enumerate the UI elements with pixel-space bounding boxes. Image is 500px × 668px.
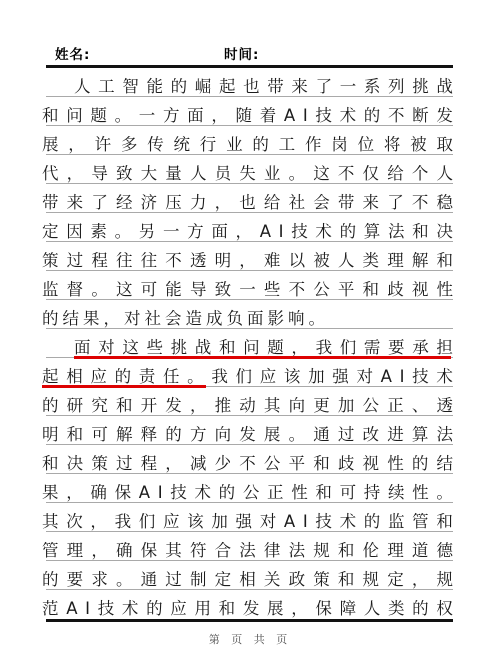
text-line: 策过程往往不透明，难以被人类理解和 (46, 242, 453, 271)
text-line: 面对这些挑战和问题，我们需要承担 (46, 329, 453, 358)
red-underline (74, 356, 451, 359)
text-line: 带来了经济压力，也给社会带来了不稳 (46, 184, 453, 213)
text-line-content: 人工智能的崛起也带来了一系列挑战 (42, 79, 453, 96)
text-line-content: 果，确保AI技术的公正性和可持续性。 (42, 485, 453, 502)
text-line-content: 带来了经济压力，也给社会带来了不稳 (42, 195, 453, 212)
text-line: 范AI技术的应用和发展，保障人类的权 (46, 590, 453, 619)
text-line: 代，导致大量人员失业。这不仅给个人 (46, 155, 453, 184)
red-underline (42, 385, 206, 388)
text-line: 的结果，对社会造成负面影响。 (46, 300, 453, 329)
text-line-content: 其次，我们应该加强对AI技术的监管和 (42, 514, 453, 531)
text-line: 的要求。通过制定相关政策和规定，规 (46, 561, 453, 590)
text-line: 果，确保AI技术的公正性和可持续性。 (46, 474, 453, 503)
text-line: 人工智能的崛起也带来了一系列挑战 (46, 68, 453, 97)
text-line: 管理，确保其符合法律法规和伦理道德 (46, 532, 453, 561)
text-line: 定因素。另一方面，AI技术的算法和决 (46, 213, 453, 242)
text-line: 明和可解释的方向发展。通过改进算法 (46, 416, 453, 445)
text-line-content: 代，导致大量人员失业。这不仅给个人 (42, 166, 453, 183)
page-number-footer: 第 页 共 页 (0, 631, 500, 647)
worksheet-page: 姓名: 时间: 人工智能的崛起也带来了一系列挑战和问题。一方面，随着AI技术的不… (0, 0, 500, 668)
text-line-content: 和问题。一方面，随着AI技术的不断发 (42, 108, 453, 125)
text-line-content: 的结果，对社会造成负面影响。 (42, 311, 453, 328)
text-line: 起相应的责任。我们应该加强对AI技术 (46, 358, 453, 387)
text-line-content: 和决策过程，减少不公平和歧视性的结 (42, 456, 453, 473)
text-line-content: 定因素。另一方面，AI技术的算法和决 (42, 224, 453, 241)
text-line: 监督。这可能导致一些不公平和歧视性 (46, 271, 453, 300)
text-line-content: 监督。这可能导致一些不公平和歧视性 (42, 282, 453, 299)
footer-divider-line (46, 619, 453, 622)
name-label: 姓名: (55, 43, 90, 63)
text-line-content: 的研究和开发，推动其向更加公正、透 (42, 398, 453, 415)
text-line-content: 明和可解释的方向发展。通过改进算法 (42, 427, 453, 444)
text-line-content: 范AI技术的应用和发展，保障人类的权 (42, 601, 453, 618)
text-line-content: 管理，确保其符合法律法规和伦理道德 (42, 543, 453, 560)
text-line: 展，许多传统行业的工作岗位将被取 (46, 126, 453, 155)
text-line: 其次，我们应该加强对AI技术的监管和 (46, 503, 453, 532)
text-line-content: 起相应的责任。我们应该加强对AI技术 (42, 369, 453, 386)
time-label: 时间: (224, 43, 259, 63)
text-line: 和决策过程，减少不公平和歧视性的结 (46, 445, 453, 474)
text-line-content: 展，许多传统行业的工作岗位将被取 (42, 137, 453, 154)
text-line: 和问题。一方面，随着AI技术的不断发 (46, 97, 453, 126)
text-line-content: 面对这些挑战和问题，我们需要承担 (42, 340, 453, 357)
essay-body: 人工智能的崛起也带来了一系列挑战和问题。一方面，随着AI技术的不断发展，许多传统… (46, 68, 453, 619)
text-line-content: 策过程往往不透明，难以被人类理解和 (42, 253, 453, 270)
text-line: 的研究和开发，推动其向更加公正、透 (46, 387, 453, 416)
text-line-content: 的要求。通过制定相关政策和规定，规 (42, 572, 453, 589)
